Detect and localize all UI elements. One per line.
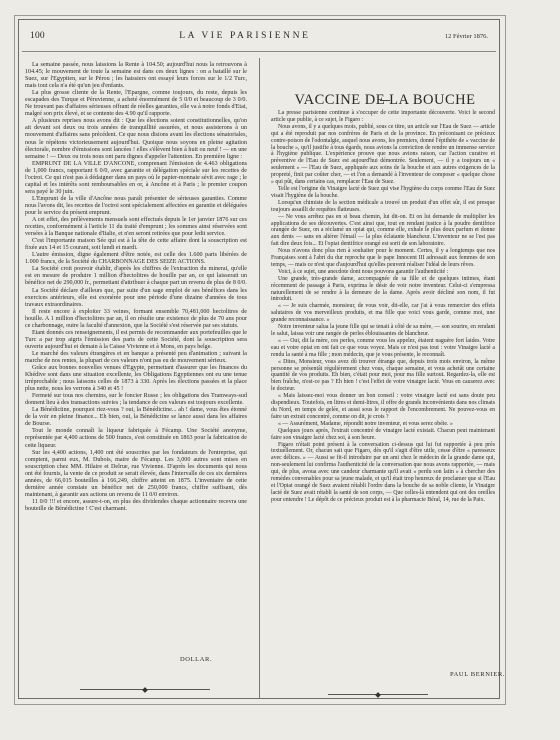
page-header: 100 LA VIE PARISIENNE 12 Février 1876. [20,21,498,51]
paragraph: Nous avons, il y a quelques mois, publié… [271,124,495,186]
paragraph: « — Oui, dit la mère, ces perles, comme … [271,338,495,359]
paragraph: « Mais laissez-moi vous donner un bon co… [271,393,495,421]
paragraph: La plus grosse cliente de la Rente, l'Ep… [25,90,247,118]
paragraph: Grâce aux bonnes nouvelles venues d'Egyp… [25,365,247,393]
paragraph: Une grande, très-grande dame, accompagné… [271,276,495,304]
paragraph: Notre inventeur salua la jeune fille qui… [271,324,495,338]
intro-paragraph: La presse parisienne continue à s'occupe… [271,110,495,124]
paragraph: « — Je suis charmée, monsieur, de vous v… [271,303,495,324]
paragraph: L'Emprunt de la ville d'Ancône nous para… [25,196,247,217]
paragraph: 11 0/0 !!! et encore, assure-t-on, en pl… [25,499,247,513]
column-divider [259,58,260,698]
header-rule [22,51,496,52]
paragraph: Voici, à ce sujet, une anecdote dont nou… [271,269,495,276]
paragraph: Fermeté sur tous nos chemins, sur le fon… [25,393,247,407]
right-article-signature: PAUL BERNIER. [450,671,505,678]
paragraph: Figaro n'était point présent à la conver… [271,442,495,504]
masthead: LA VIE PARISIENNE [179,31,310,41]
left-article-signature: DOLLAR. [180,656,212,663]
paragraph: La semaine passée, nous laissions la Ren… [25,62,247,90]
paragraph: Lorsqu'un chimiste de la section médical… [271,200,495,214]
right-column-article: La presse parisienne continue à s'occupe… [271,110,495,504]
paragraph: « Dites, Monsieur, vous avez dû trouver … [271,359,495,394]
end-ornament-left [80,689,210,690]
paragraph: Le marché des valeurs étrangères et en b… [25,351,247,365]
paragraph: La Société croit pouvoir établir, d'aprè… [25,266,247,287]
paragraph: Etant donnés ces renseignements, il est … [25,330,247,351]
paragraph: — Ne vous arrêtez pas en si beau chemin,… [271,214,495,249]
paragraph: La Bénédictine, pourquoi riez-vous ? oui… [25,407,247,428]
paragraph: Nous n'avons donc plus rien à souhaiter … [271,248,495,269]
page-number: 100 [30,31,45,41]
title-dash [380,100,390,101]
paragraph: Telle est l'origine du Vinaigre lacté de… [271,186,495,200]
paragraph: EMPRUNT DE LA VILLE D'ANCONE, comprenant… [25,161,247,196]
paragraph: Quelques jours après, l'extrait concentr… [271,428,495,442]
paragraph: « — Assurément, Madame, répondit notre i… [271,421,495,428]
paragraph: A cet effet, des prélèvements mensuels s… [25,217,247,238]
paragraph: Sur les 4,400 actions, 1,400 ont été sou… [25,450,247,499]
paragraph: Tout le monde connaît la liqueur fabriqu… [25,428,247,449]
left-column-article: La semaine passée, nous laissions la Ren… [25,62,247,513]
paragraph: La Société déclare d'ailleurs que, par s… [25,288,247,309]
paragraph: A plusieurs reprises nous avons dit : Qu… [25,118,247,160]
issue-date: 12 Février 1876. [445,33,488,40]
paragraph: Il reste encore à exploiter 33 veines, f… [25,309,247,330]
paragraph: L'autre émission, digne également d'être… [25,252,247,266]
end-ornament-right [328,694,428,695]
paragraph: C'est l'importante maison Sée qui est à … [25,238,247,252]
